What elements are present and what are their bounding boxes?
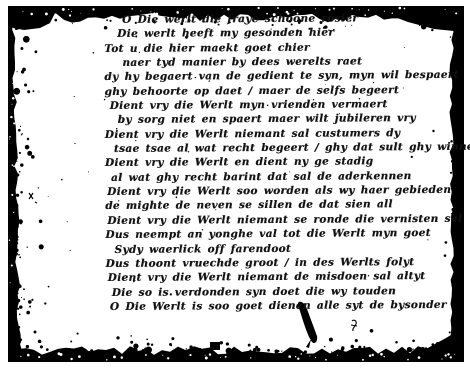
manuscript-line: Dient vry die Werlt soo worden als wy ha… (107, 183, 470, 200)
speckle (20, 191, 23, 194)
speckle (15, 223, 17, 225)
speckle (17, 226, 18, 227)
speckle (30, 13, 33, 16)
speckle (425, 347, 428, 350)
speckle (362, 359, 364, 361)
speckle (413, 349, 414, 350)
speckle (454, 351, 457, 354)
speckle (67, 221, 68, 222)
speckle (18, 13, 20, 15)
speckle (70, 250, 71, 251)
speckle (16, 239, 18, 241)
speckle (21, 133, 22, 134)
speckle (17, 299, 20, 302)
speckle (309, 355, 310, 356)
speckle (226, 348, 232, 354)
speckle (359, 9, 360, 10)
speckle (447, 353, 449, 355)
speckle (162, 355, 163, 356)
speckle (39, 220, 43, 224)
speckle (9, 136, 10, 137)
speckle (380, 353, 383, 356)
speckle (24, 22, 26, 24)
speckle (19, 305, 23, 309)
speckle (220, 357, 221, 358)
speckle (15, 27, 18, 30)
speckle (35, 50, 38, 53)
speckle (363, 346, 365, 348)
speckle (19, 338, 22, 341)
corner-blob-top-left (8, 7, 58, 30)
speckle (257, 348, 261, 352)
speckle (71, 11, 72, 12)
speckle (74, 96, 75, 97)
speckle (301, 353, 303, 355)
speckle (183, 9, 184, 10)
speckle (131, 8, 133, 10)
speckle (16, 161, 17, 162)
speckle (27, 247, 28, 248)
manuscript-text: O Die werlt die fraye schoone rosier Die… (104, 11, 470, 315)
speckle (295, 356, 296, 357)
speckle (17, 344, 18, 345)
speckle (449, 346, 450, 347)
speckle (121, 356, 123, 358)
speckle (135, 349, 137, 351)
speckle (130, 335, 132, 337)
speckle (26, 312, 28, 314)
speckle (10, 282, 11, 283)
speckle (358, 346, 361, 349)
speckle (169, 343, 172, 346)
speckle (435, 345, 437, 347)
speckle (167, 357, 169, 359)
speckle (293, 10, 294, 11)
speckle (250, 357, 251, 358)
speckle (44, 302, 46, 304)
speckle (205, 355, 206, 356)
speckle (412, 339, 415, 342)
speckle (23, 36, 30, 43)
speckle (38, 340, 42, 344)
speckle (441, 345, 445, 349)
speckle (171, 345, 173, 347)
speckle (430, 351, 433, 354)
speckle (74, 143, 75, 144)
speckle (448, 344, 451, 347)
speckle (450, 356, 452, 358)
speckle (277, 7, 279, 9)
speckle (372, 354, 374, 356)
speckle (17, 326, 20, 329)
speckle (146, 338, 148, 340)
speckle (22, 18, 26, 22)
speckle (324, 346, 326, 348)
speckle (226, 342, 229, 345)
speckle (15, 235, 19, 239)
speckle (130, 341, 133, 344)
speckle (16, 173, 19, 176)
speckle (16, 242, 18, 244)
speckle (15, 252, 18, 255)
speckle (445, 354, 447, 356)
speckle (436, 342, 441, 347)
speckle (229, 350, 232, 353)
speckle (29, 306, 31, 308)
speckle (418, 356, 421, 359)
speckle (144, 347, 148, 351)
speckle (69, 14, 71, 16)
speckle (448, 343, 449, 344)
speckle (426, 349, 429, 352)
speckle (9, 139, 10, 140)
border-left (8, 6, 21, 362)
speckle (186, 348, 188, 350)
speckle (93, 52, 95, 54)
manuscript-line: Dient vry die Werlt niemant de misdoen s… (108, 269, 470, 286)
speckle (13, 122, 15, 124)
speckle (27, 354, 30, 357)
speckle (147, 343, 150, 346)
speckle (9, 240, 10, 241)
speckle (12, 104, 13, 105)
speckle (90, 349, 93, 352)
speckle (27, 138, 29, 140)
speckle (22, 68, 26, 72)
speckle (20, 47, 23, 50)
speckle (25, 145, 30, 150)
speckle (19, 313, 21, 315)
speckle (450, 339, 452, 341)
speckle (19, 152, 21, 154)
speckle (18, 254, 20, 256)
speckle (10, 116, 12, 118)
speckle (17, 71, 18, 72)
speckle (23, 288, 25, 290)
speckle (15, 230, 17, 232)
speckle (16, 194, 19, 197)
speckle (341, 348, 344, 351)
speckle (277, 350, 279, 352)
speckle (253, 348, 257, 352)
speckle (27, 151, 32, 156)
speckle (88, 351, 90, 353)
speckle (12, 83, 13, 84)
speckle (449, 348, 452, 351)
speckle (47, 22, 49, 24)
speckle (329, 338, 333, 342)
speckle (331, 351, 332, 352)
speckle (70, 341, 72, 343)
speckle (274, 349, 278, 353)
corner-blob-bottom-right (396, 327, 464, 361)
speckle (22, 11, 23, 12)
speckle (140, 10, 141, 11)
speckle (31, 299, 33, 301)
speckle (106, 359, 107, 360)
speckle (60, 353, 63, 356)
speckle (14, 203, 19, 208)
speckle (18, 219, 23, 224)
speckle (281, 351, 282, 352)
speckle (13, 212, 14, 213)
speckle (16, 292, 19, 295)
margin-ink-mark (29, 193, 37, 203)
speckle (288, 355, 291, 358)
manuscript-line: dy hy begaert van de gedient te syn, myn… (104, 68, 470, 85)
speckle (92, 8, 94, 10)
manuscript-line: tsae tsae al wat recht begeert / ghy dat… (114, 140, 470, 157)
speckle (16, 27, 18, 29)
speckle (297, 358, 299, 360)
speckle (222, 8, 223, 9)
manuscript-line: O Die Werlt is soo goet dienen alle syt … (110, 298, 470, 315)
speckle (11, 264, 13, 266)
speckle (23, 298, 25, 300)
speckle (61, 179, 63, 181)
speckle (72, 23, 73, 24)
speckle (171, 337, 174, 340)
speckle (23, 358, 25, 360)
speckle (46, 348, 49, 351)
speckle (423, 351, 426, 354)
speckle (249, 349, 251, 351)
speckle (116, 336, 119, 339)
speckle (325, 359, 327, 361)
speckle (39, 244, 44, 249)
speckle (351, 8, 353, 10)
speckle (48, 286, 50, 288)
speckle (267, 349, 270, 352)
speckle (48, 196, 49, 197)
speckle (315, 8, 316, 9)
speckle (130, 347, 133, 350)
speckle (355, 339, 358, 342)
speckle (28, 300, 32, 304)
speckle (38, 356, 40, 358)
scanned-manuscript-page: O Die werlt die fraye schoone rosier Die… (0, 0, 470, 372)
speckle (409, 348, 412, 351)
speckle (225, 356, 227, 358)
speckle (370, 329, 374, 333)
speckle (58, 352, 61, 355)
speckle (304, 350, 307, 353)
speckle (21, 351, 23, 353)
speckle (54, 19, 57, 22)
speckle (174, 350, 177, 353)
speckle (255, 346, 258, 349)
speckle (205, 357, 208, 360)
speckle (351, 345, 355, 349)
speckle (451, 333, 452, 334)
speckle (16, 353, 19, 356)
speckle (70, 358, 72, 360)
speckle (383, 356, 384, 357)
speckle (133, 351, 136, 354)
speckle (20, 222, 22, 224)
speckle (333, 8, 335, 10)
speckle (13, 88, 20, 95)
speckle (189, 354, 191, 356)
speckle (458, 346, 460, 348)
speckle (24, 83, 27, 86)
speckle (16, 205, 18, 207)
speckle (19, 257, 21, 259)
speckle (11, 194, 13, 196)
speckle (220, 341, 223, 344)
speckle (63, 350, 65, 352)
speckle (78, 355, 81, 358)
speckle (20, 356, 21, 357)
speckle (445, 9, 446, 10)
speckle (369, 354, 371, 356)
speckle (401, 350, 404, 353)
speckle (32, 90, 34, 92)
speckle (20, 126, 21, 127)
speckle (12, 97, 15, 100)
speckle (329, 9, 331, 11)
speckle (18, 284, 22, 288)
speckle (80, 13, 81, 14)
speckle (321, 350, 324, 353)
speckle (113, 355, 116, 358)
speckle (21, 70, 24, 73)
speckle (142, 349, 145, 352)
speckle (21, 134, 22, 135)
speckle (19, 15, 21, 17)
speckle (407, 347, 412, 352)
speckle (26, 345, 29, 348)
speckle (257, 7, 259, 9)
border-bottom (8, 346, 464, 362)
speckle (199, 348, 201, 350)
speckle (88, 171, 89, 172)
speckle (58, 349, 60, 351)
speckle (31, 155, 35, 159)
speckle (145, 354, 147, 356)
speckle (248, 344, 251, 347)
speckle (189, 345, 192, 348)
speckle (16, 288, 17, 289)
speckle (449, 331, 451, 333)
speckle (40, 345, 43, 348)
speckle (19, 171, 21, 173)
speckle (315, 357, 316, 358)
speckle (21, 19, 24, 22)
speckle (38, 187, 39, 188)
speckle (398, 7, 401, 10)
speckle (341, 346, 344, 349)
speckle (68, 9, 69, 10)
speckle (45, 12, 48, 15)
speckle (337, 355, 338, 356)
speckle (454, 354, 455, 355)
ink-squiggle-mark (351, 320, 357, 331)
speckle (16, 22, 18, 24)
speckle (17, 308, 19, 310)
speckle (131, 348, 138, 355)
speckle (11, 349, 13, 351)
speckle (407, 359, 409, 361)
speckle (26, 311, 30, 315)
speckle (18, 129, 21, 132)
speckle (355, 350, 357, 352)
corner-blob-bottom-left (8, 340, 23, 360)
speckle (151, 343, 153, 345)
speckle (12, 164, 14, 166)
speckle (133, 343, 138, 348)
speckle (441, 359, 442, 360)
speckle (421, 347, 426, 352)
speckle (55, 14, 57, 16)
speckle (449, 337, 451, 339)
speckle (145, 346, 152, 353)
speckle (453, 345, 454, 346)
speckle (27, 90, 30, 93)
speckle (77, 333, 79, 335)
speckle (62, 8, 65, 11)
speckle (404, 8, 406, 10)
speckle (13, 166, 14, 167)
speckle (21, 297, 22, 298)
speckle (80, 348, 87, 355)
bottom-ink-blob (210, 342, 220, 350)
speckle (209, 353, 211, 355)
speckle (18, 334, 19, 335)
speckle (15, 249, 19, 253)
speckle (22, 351, 24, 353)
speckle (431, 343, 434, 346)
speckle (34, 331, 37, 334)
manuscript-line: Dus neempt an yonghe val tot die Werlt m… (105, 226, 470, 243)
speckle (20, 163, 23, 166)
speckle (227, 8, 230, 11)
speckle (395, 341, 398, 344)
